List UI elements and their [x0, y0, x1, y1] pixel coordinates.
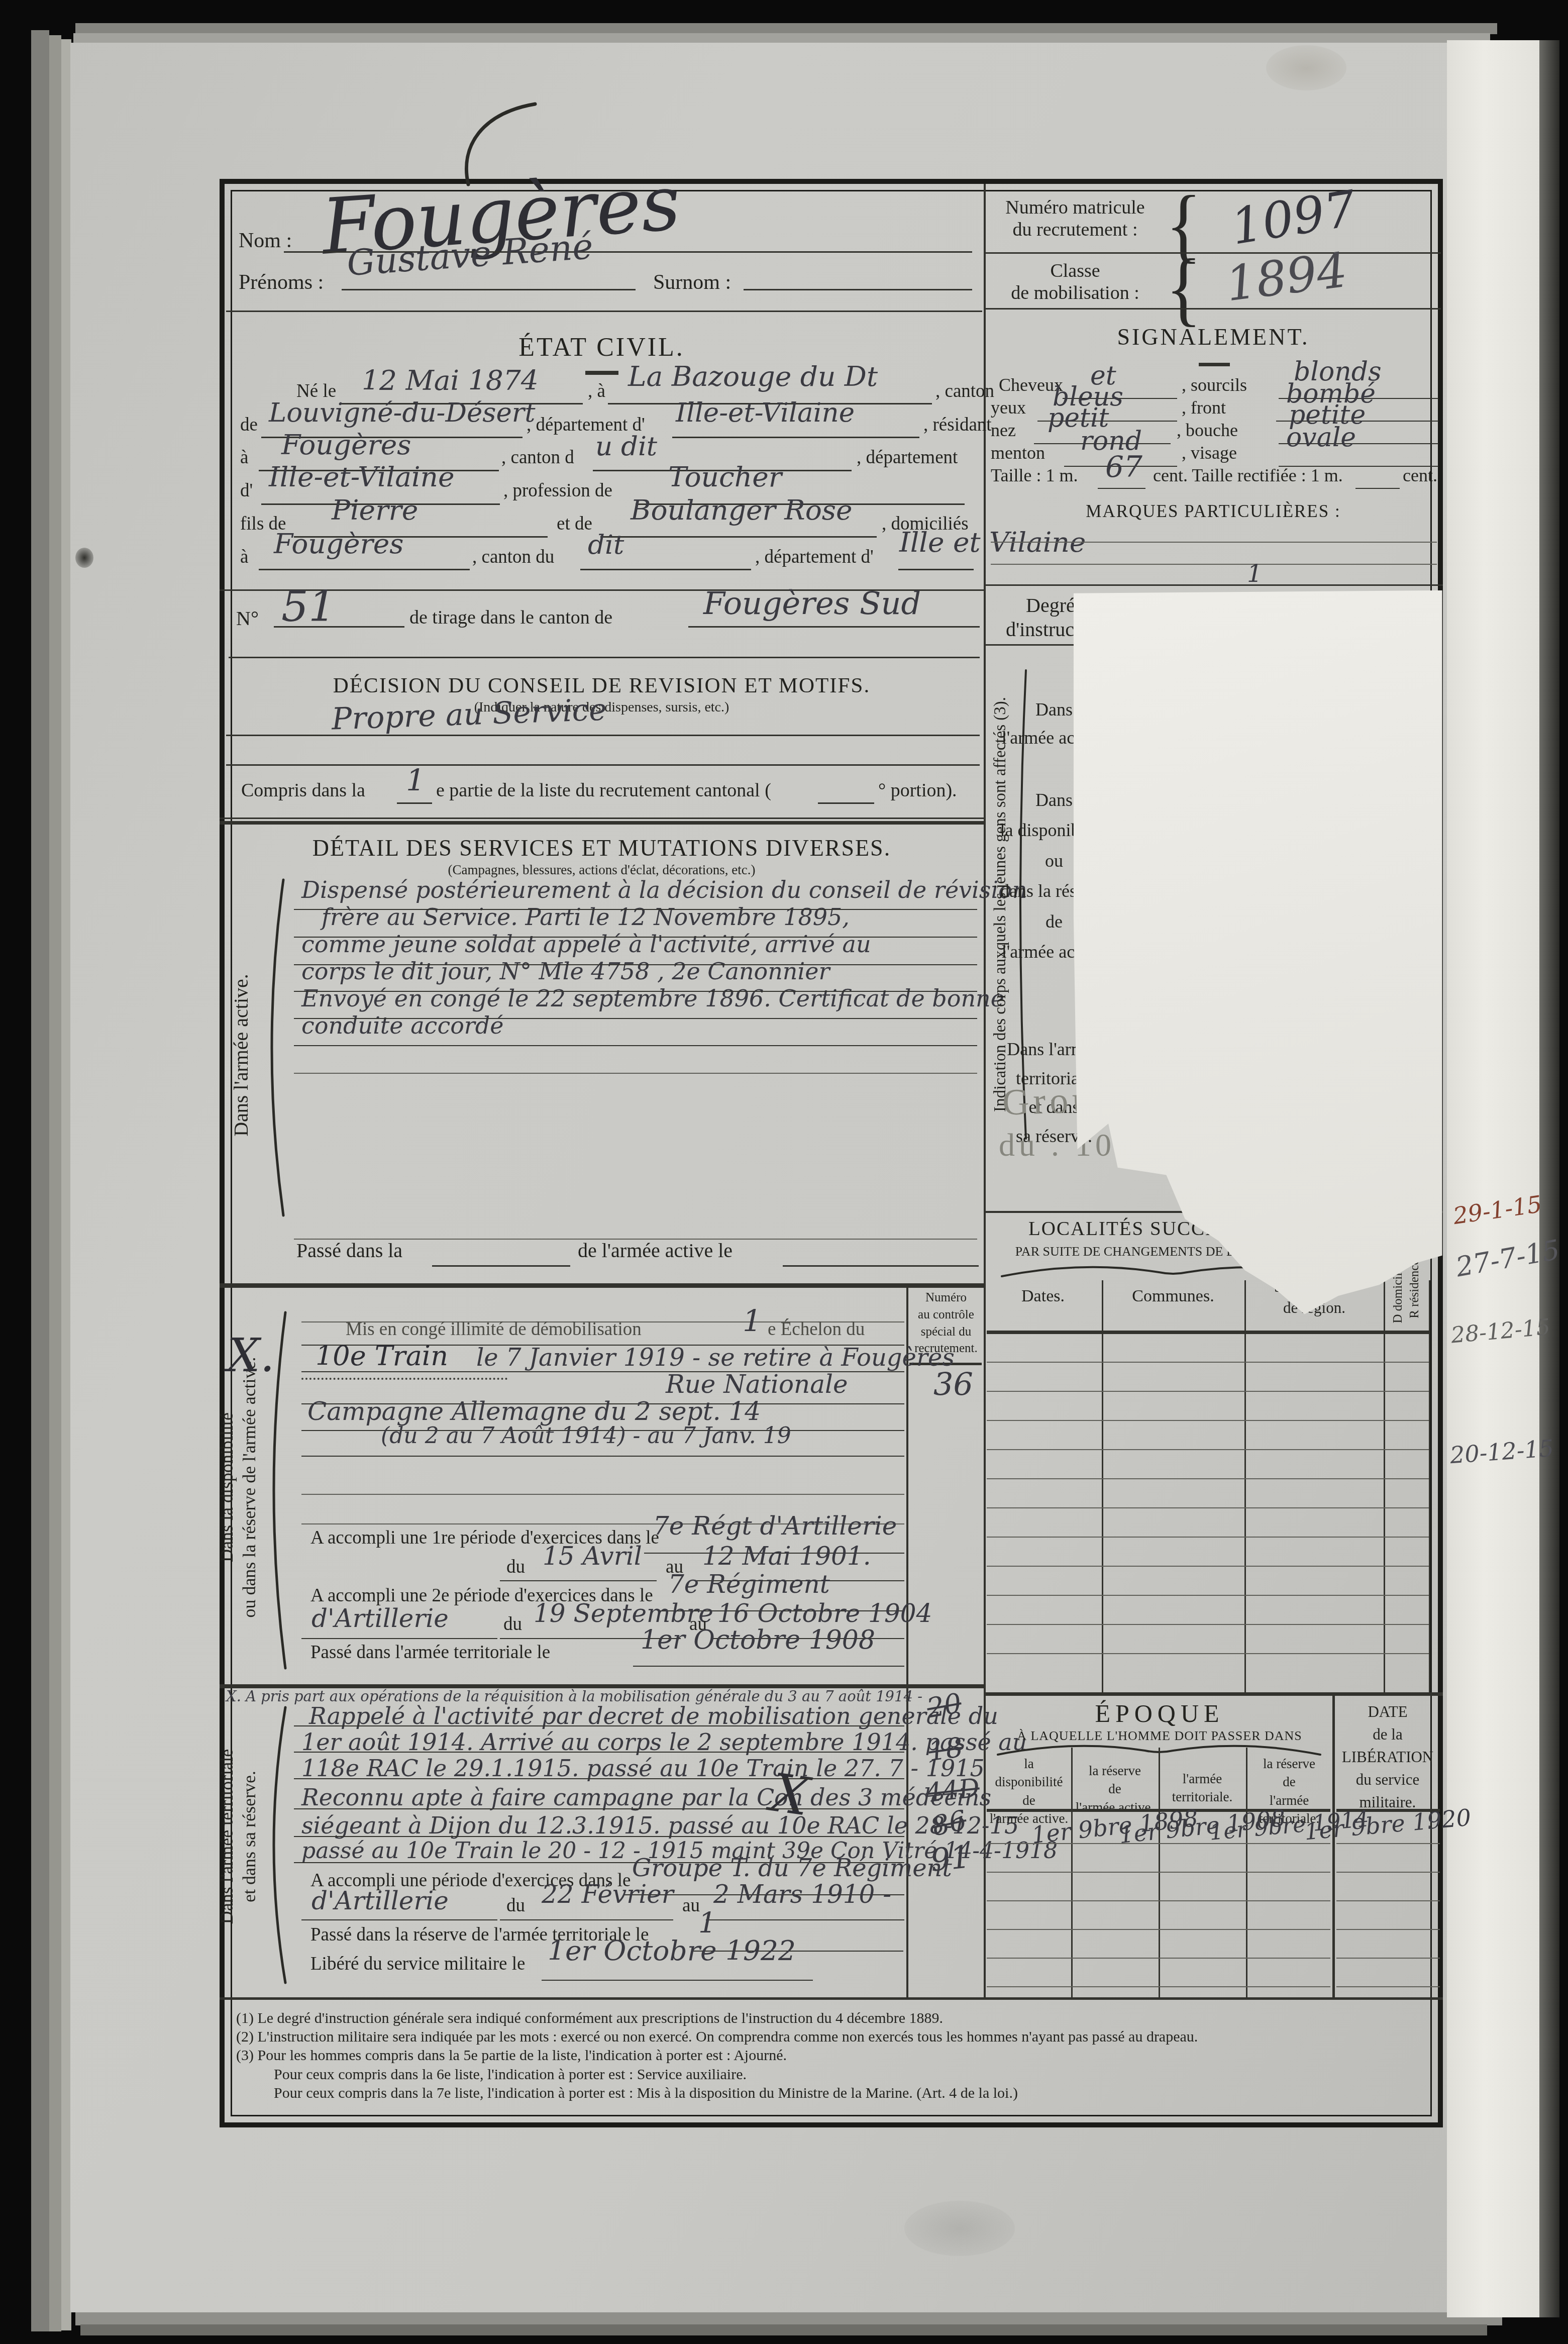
footnote: Pour ceux compris dans la 6e liste, l'in… [274, 2066, 747, 2084]
periode2-value: 7e Régiment [668, 1572, 830, 1597]
yeux-label: yeux [991, 397, 1026, 418]
canton2-label: , canton d [501, 447, 574, 469]
rule [301, 1638, 497, 1639]
dispo-line4: Campagne Allemagne du 2 sept. 14 [307, 1399, 761, 1424]
header-separator [226, 311, 982, 312]
canton3-value: dit [588, 532, 624, 558]
territorial-xline: X. A pris part aux opérations de la réqu… [226, 1689, 922, 1704]
taille-value: 67 [1105, 452, 1142, 481]
table-row-rule [987, 1420, 1429, 1421]
services-line: Dispensé postérieurement à la décision d… [301, 878, 1027, 901]
section-separator [984, 584, 1443, 586]
table-row-rule [987, 1595, 1429, 1596]
rule [898, 569, 974, 570]
father-value: Pierre [332, 496, 418, 524]
tirage-text: de tirage dans le canton de [409, 607, 612, 629]
thick-divider [220, 1283, 984, 1288]
page-stack-shadow-right [1539, 40, 1559, 2317]
tirage-canton-value: Fougères Sud [703, 588, 921, 619]
rule [294, 1073, 977, 1074]
residant-label: , résidant [923, 415, 992, 436]
rule [706, 1919, 904, 1920]
degre-value: 1 [1247, 562, 1263, 586]
rule [294, 937, 977, 938]
title-dash [1199, 363, 1230, 366]
terr-au: au [682, 1895, 700, 1917]
rule [986, 252, 1441, 254]
sheet-edge-left1 [31, 30, 49, 2331]
sheet-edge-top [75, 23, 1497, 34]
localites-col-communes: Communes. [1132, 1286, 1214, 1306]
matricule-label: Numéro matricule du recrutement : [997, 197, 1153, 241]
rule [818, 802, 874, 804]
terr-side-label-1: Dans l'armée territoriale [217, 1749, 237, 1924]
epoque-col3-header: l'armée territoriale. [1172, 1770, 1233, 1806]
sheet-edge-top2 [73, 33, 1490, 43]
rule [580, 569, 751, 570]
double-rule-thick [220, 821, 984, 825]
table-row-rule [987, 1843, 1330, 1844]
x-mark: X. [227, 1333, 275, 1379]
table-header-rule [987, 1331, 1429, 1334]
table-vertical [1102, 1280, 1103, 1692]
territorial-line: siégeant à Dijon du 12.3.1915. passé au … [301, 1814, 1019, 1837]
services-side-label: Dans l'armée active. [230, 974, 253, 1137]
classe-label: Classe de mobilisation : [997, 260, 1153, 304]
rule [229, 657, 980, 658]
epoque-title: ÉPOQUE [987, 1699, 1332, 1728]
margin-number: 20 [925, 1689, 964, 1722]
table-row-rule [987, 1900, 1330, 1901]
margin-number: 86 [929, 1806, 969, 1840]
classe-value: 1894 [1223, 247, 1350, 309]
dispo-side-label-1: Dans la disponibilité [217, 1412, 237, 1562]
sourcils-label: , sourcils [1182, 375, 1247, 395]
demob-printed: Mis en congé illimité de démobilisation [346, 1319, 642, 1341]
nom-label: Nom : [239, 229, 292, 253]
table-row-rule [987, 1507, 1429, 1508]
periode2-value2: d'Artillerie [311, 1606, 449, 1631]
compris-portion: ° portion). [878, 780, 957, 802]
table-row-rule [987, 1391, 1429, 1392]
visage-label: , visage [1182, 443, 1237, 463]
numero-column-divider [906, 1283, 908, 1999]
table-row-rule [987, 1449, 1429, 1450]
services-line: comme jeune soldat appelé à l'activité, … [301, 933, 871, 956]
numero-controle-value: 36 [933, 1369, 973, 1400]
periode1-du: du [506, 1557, 525, 1578]
rule [226, 764, 980, 766]
a-label: , à [588, 381, 605, 402]
underlying-page-edge [1447, 40, 1539, 2317]
epoque-col1-header: la disponibilité de l'armée active. [990, 1755, 1068, 1828]
libere-value: 1er Octobre 1922 [548, 1937, 796, 1965]
margin-number: 18 [927, 1734, 965, 1765]
thick-divider [984, 1692, 1443, 1696]
rule [226, 735, 980, 736]
scanned-register-page: Fougères Nom : Prénoms : Gustave René Su… [0, 0, 1568, 2344]
terr-side-label-2: et dans sa réserve. [239, 1771, 260, 1902]
signalement-title: SIGNALEMENT. [984, 324, 1443, 351]
passe-territoriale-value: 1er Octobre 1908 [641, 1627, 875, 1653]
table-row-rule [987, 1929, 1330, 1930]
rule [294, 991, 977, 992]
rule [991, 564, 1437, 565]
paper-stain-3 [904, 2201, 1015, 2256]
territorial-line: Rappelé à l'activité par decret de mobil… [309, 1704, 998, 1727]
departement2-label: , département [857, 447, 958, 469]
footnote: (1) Le degré d'instruction générale sera… [236, 2010, 943, 2027]
rule [633, 1666, 904, 1667]
rule [294, 1018, 977, 1019]
date-column-header: DATE de la LIBÉRATION du service militai… [1342, 1701, 1434, 1814]
terr-au-value: 2 Mars 1910 - [713, 1882, 891, 1907]
rule [294, 964, 977, 965]
rule [294, 909, 977, 910]
territorial-line: 118e RAC le 29.1.1915. passé au 10e Trai… [301, 1757, 985, 1780]
periode1-value: 7e Régt d'Artillerie [653, 1513, 897, 1539]
rule [342, 289, 636, 290]
demob-line2: le 7 Janvier 1919 - se retire à Fougères [476, 1346, 955, 1370]
terr-du: du [506, 1895, 525, 1917]
services-title: DÉTAIL DES SERVICES ET MUTATIONS DIVERSE… [220, 835, 984, 862]
rule [301, 1456, 904, 1457]
compris-before: Compris dans la [241, 780, 365, 802]
services-line: conduite accordé [301, 1014, 504, 1037]
rule [294, 1725, 904, 1726]
x-cross-mark: X [768, 1766, 812, 1823]
rule [294, 1045, 977, 1046]
rule [432, 1265, 570, 1267]
rule [301, 1919, 497, 1920]
table-row-rule [987, 1958, 1330, 1959]
decision-value: Propre au Service [331, 694, 607, 734]
table-row-rule [987, 1653, 1429, 1654]
rule [984, 644, 1074, 646]
libere-label: Libéré du service militaire le [310, 1954, 525, 1975]
departement-value: Ille-et-Vilaine [676, 399, 855, 426]
periode1-au-value: 12 Mai 1901. [702, 1544, 871, 1569]
table-vertical [1244, 1280, 1246, 1692]
sheet-edge-left2 [49, 35, 61, 2331]
footnote: Pour ceux compris dans la 7e liste, l'in… [274, 2085, 1018, 2102]
footnote: (3) Pour les hommes compris dans la 5e p… [236, 2047, 787, 2065]
margin-number: 44D [924, 1775, 981, 1807]
rule [600, 536, 877, 538]
periode1-du-value: 15 Avril [543, 1544, 642, 1569]
nez-label: nez [991, 420, 1016, 441]
sheet-edge-bottom2 [80, 2324, 1487, 2335]
profession-label: , profession de [503, 480, 612, 502]
table-row-rule [987, 1872, 1330, 1873]
table-row-rule [987, 1624, 1429, 1625]
rule [783, 1265, 979, 1267]
rule [294, 1752, 904, 1753]
territorial-line: 1er août 1914. Arrivé au corps le 2 sept… [301, 1730, 1027, 1754]
surnom-label: Surnom : [653, 270, 731, 294]
section-brace-icon [259, 877, 287, 1218]
domicile-value: Fougères [274, 530, 404, 558]
table-row-rule [987, 1566, 1429, 1567]
rule [672, 437, 919, 438]
rule [397, 802, 432, 804]
rule [1355, 488, 1400, 489]
services-line: corps le dit jour, N° Mle 4758 , 2e Cano… [301, 960, 829, 983]
table-row-rule [1336, 1843, 1440, 1844]
localites-col-dates: Dates. [1021, 1286, 1065, 1306]
table-row-rule [987, 1362, 1429, 1363]
bouche-label: , bouche [1177, 420, 1238, 441]
visage-value: ovale [1286, 425, 1356, 451]
birthplace-value: La Bazouge du Dt [628, 363, 878, 390]
rule [294, 1808, 904, 1809]
section-brace-icon [261, 1704, 289, 1986]
date-column-divider [1332, 1692, 1335, 1999]
front-label: , front [1182, 397, 1226, 418]
periode2-du-value: 19 Septembre [534, 1601, 713, 1626]
canton2-value: u dit [595, 433, 657, 460]
footnote: (2) L'instruction militaire sera indiqué… [236, 2028, 1198, 2046]
table-row-rule [1336, 1872, 1440, 1873]
residence-value: Fougères [281, 431, 411, 459]
paper-stain-2 [1266, 45, 1346, 90]
canton-value: Louvigné-du-Désert [269, 399, 536, 426]
rule [259, 569, 470, 570]
periode2-au-value: 16 Octobre 1904 [717, 1601, 932, 1626]
rule [500, 1580, 657, 1581]
table-row-rule [987, 1537, 1429, 1538]
table-row-rule [1336, 1929, 1440, 1930]
dispo-side-label-2: ou dans la réserve de l'armée active. [239, 1357, 260, 1617]
sheet-edge-bottom [75, 2312, 1502, 2325]
title-dash [585, 371, 618, 375]
table-vertical [1429, 1280, 1430, 1692]
a2-label: à [240, 447, 248, 469]
demob-unit-value: 10e Train [316, 1343, 448, 1370]
rule [688, 626, 980, 628]
double-rule-thin [220, 818, 984, 819]
table-row-rule [987, 1986, 1330, 1987]
terr-periode-value2: d'Artillerie [311, 1888, 449, 1913]
menton-label: menton [991, 443, 1045, 463]
tirage-no-value: 51 [281, 585, 336, 628]
taille-suffix2: cent. [1403, 465, 1437, 486]
rule [500, 1919, 673, 1920]
rule [294, 1836, 904, 1837]
dispo-line5: (du 2 au 7 Août 1914) - au 7 Janv. 19 [381, 1425, 791, 1447]
birthdate-value: 12 Mai 1874 [362, 367, 539, 394]
passe-active-label: Passé dans la [296, 1239, 402, 1262]
table-row-rule [1336, 1900, 1440, 1901]
dotted-rule [301, 1378, 507, 1380]
rule [301, 1494, 904, 1495]
margin-date: 20-12-15 [1449, 1437, 1554, 1467]
rule [294, 1778, 904, 1779]
reserve-terr-value: 1 [698, 1909, 716, 1938]
terr-du-value: 22 Février [542, 1882, 674, 1907]
rule [991, 542, 1437, 543]
paper-stain-1 [75, 548, 93, 568]
compris-value: 1 [406, 766, 425, 796]
compris-after: e partie de la liste du recrutement cant… [436, 780, 771, 802]
table-vertical [1384, 1280, 1385, 1692]
degre-label-1: Degré [1026, 594, 1075, 617]
footnote-separator [220, 1997, 1443, 2000]
sheet-edge-left3 [61, 39, 71, 2330]
canton-label: , canton [935, 381, 994, 402]
taille-suffix: cent. Taille rectifiée : 1 m. [1153, 465, 1343, 486]
a3-label: à [240, 547, 248, 568]
canton3-label: , canton du [472, 547, 554, 568]
table-row-rule [1336, 1986, 1440, 1987]
prenoms-label: Prénoms : [239, 270, 324, 294]
mother-value: Boulanger Rose [631, 496, 853, 524]
d-label: d' [240, 480, 253, 502]
territorial-line: Reconnu apte à faire campagne par la Con… [301, 1786, 991, 1809]
passe-active-label2: de l'armée active le [578, 1239, 733, 1262]
demob-value: 1 [743, 1306, 762, 1337]
marques-label: MARQUES PARTICULIÈRES : [984, 501, 1443, 522]
services-line: Envoyé en congé le 22 septembre 1896. Ce… [301, 987, 1004, 1010]
rule [1098, 488, 1145, 489]
table-row-rule [987, 1478, 1429, 1479]
et-de-label: et de [557, 514, 592, 535]
table-row-rule [1336, 1958, 1440, 1959]
rule [744, 289, 972, 290]
dispo-line3: Rue Nationale [666, 1372, 848, 1397]
tirage-no-label: N° [236, 607, 259, 630]
epoque-col2-header: la réserve de l'armée active. [1076, 1762, 1154, 1816]
services-subtitle: (Campagnes, blessures, actions d'éclat, … [220, 862, 984, 878]
passe-territoriale-label: Passé dans l'armée territoriale le [310, 1642, 550, 1664]
classe-brace-icon: { [1166, 241, 1202, 336]
de-label: de [240, 415, 258, 436]
demob-printed-2: e Échelon du [768, 1319, 865, 1341]
rule [274, 626, 404, 628]
departement3-value: Ille-et-Vilaine [269, 463, 455, 491]
etat-civil-title: ÉTAT CIVIL. [220, 333, 984, 363]
rule [986, 308, 1441, 310]
taille-label: Taille : 1 m. [991, 465, 1078, 486]
departement4-label: , département d' [755, 547, 874, 568]
terr-periode-value: Groupe T. du 7e Régiment [632, 1856, 952, 1880]
rule [542, 1980, 813, 1981]
periode2-du: du [503, 1614, 522, 1636]
profession-value: Toucher [668, 463, 782, 491]
